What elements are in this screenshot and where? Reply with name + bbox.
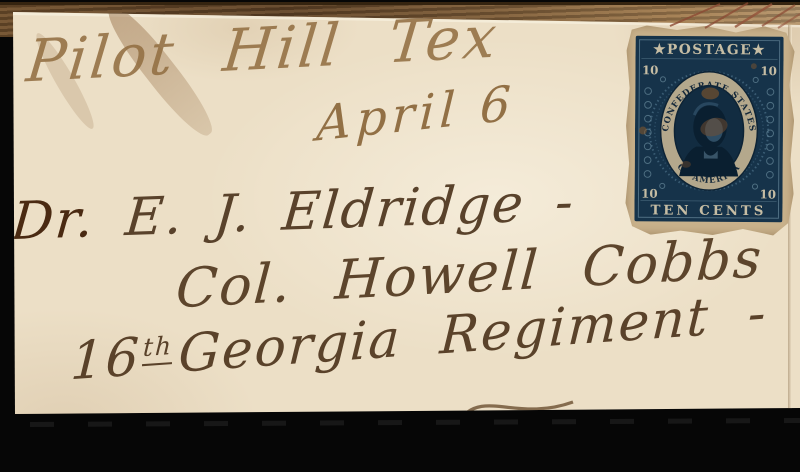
postage-stamp: ★POSTAGE★ 10 10 10 10 [625,25,794,235]
stamp-postage-label: ★POSTAGE★ [653,42,766,59]
stamp-numeral-bottom-right: 10 [759,187,776,201]
faint-pen-marks [650,0,800,30]
recipient-name: E. J. Eldridge - [92,172,577,249]
manuscript-date: April 6 [315,79,516,148]
stamp-design: ★POSTAGE★ 10 10 10 10 [634,35,783,222]
stamp-numeral-bottom-left: 10 [641,187,658,201]
recipient-title: Dr. [9,189,98,252]
cover-photo: Pilot Hill Tex April 6 Dr. E. J. Eldridg… [0,0,800,472]
stamp-value-label: TEN CENTS [650,202,766,219]
stamp-numeral-top-right: 10 [760,64,777,78]
manuscript-postmark: Pilot Hill Tex [24,7,502,90]
mat-reflection-dashes [30,418,800,427]
envelope: Pilot Hill Tex April 6 Dr. E. J. Eldridg… [0,0,800,472]
address-recipient-line: Dr. E. J. Eldridge - [9,176,577,248]
stamp-numeral-top-left: 10 [642,63,659,77]
unit-number: 16 [69,327,142,392]
unit-ordinal: th [142,331,174,366]
